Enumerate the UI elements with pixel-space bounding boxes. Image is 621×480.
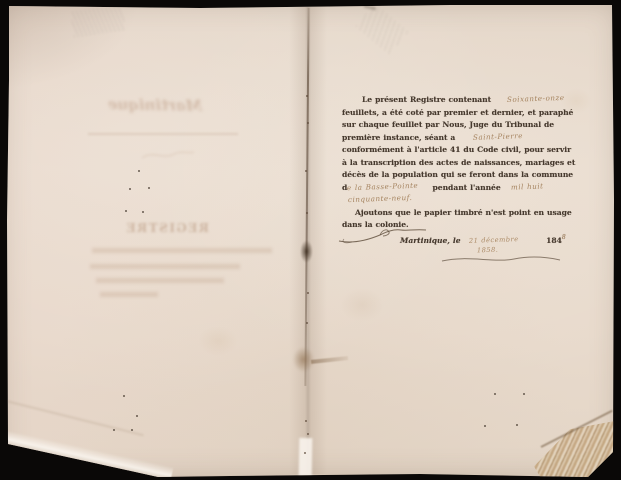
handwritten-entry-year-words-2: cinquante-neuf. (348, 192, 413, 207)
certificate-line: feuillets, a été coté par premier et der… (342, 107, 568, 120)
ink-speck (138, 170, 140, 172)
printed-text: à la transcription des actes de naissanc… (342, 158, 575, 167)
ink-speck (136, 415, 138, 417)
binding-ink-blot (300, 240, 313, 263)
ink-speck (142, 211, 144, 213)
bleedthrough-heading: REGISTRE (116, 221, 218, 235)
scanned-registry-spread: Martinique REGISTRE (0, 0, 621, 480)
ink-speck (123, 395, 125, 397)
ink-speck (484, 425, 486, 427)
certificate-line: Le présent Registre contenantSoixante-on… (342, 94, 568, 107)
bleedthrough-textline (90, 264, 240, 269)
certificate-line: première instance, séant aSaint-Pierre (342, 132, 568, 145)
certificate-line: conformément à l'article 41 du Code civi… (342, 144, 568, 157)
paper-stain (340, 288, 384, 322)
certificate-line: sur chaque feuillet par Nous, Juge du Tr… (342, 119, 568, 132)
handwritten-entry-tribunal-seat: Saint-Pierre (473, 130, 523, 144)
handwritten-year-digit: 8 (562, 234, 566, 241)
bleedthrough-rule (88, 133, 238, 135)
ink-speck (113, 429, 115, 431)
printed-text: pendant l'année (433, 183, 501, 192)
printed-year-prefix: 184 (546, 236, 562, 245)
printed-text: Le présent Registre contenant (362, 95, 491, 104)
handwritten-entry-folio-count: Soixante-onze (507, 92, 565, 107)
certificate-line: cinquante-neuf. (342, 194, 568, 207)
handwritten-entry-year-words: mil huit (510, 180, 543, 194)
printed-text: première instance, séant a (342, 133, 455, 142)
bleedthrough-flourish (138, 146, 198, 164)
pencil-smudge (356, 3, 409, 54)
ink-speck (523, 393, 525, 395)
binding-bottom-gap (299, 438, 313, 476)
ink-speck (125, 210, 127, 212)
bleedthrough-textline (92, 248, 272, 253)
paper-spread: Martinique REGISTRE (0, 0, 621, 480)
ink-speck (131, 429, 133, 431)
printed-text: Ajoutons que le papier timbré n'est poin… (355, 208, 572, 217)
printed-text: sur chaque feuillet par Nous, Juge du Tr… (342, 120, 554, 129)
signature-flourish (336, 224, 432, 246)
ink-speck (494, 393, 496, 395)
ink-speck (129, 188, 131, 190)
certificate-line: Ajoutons que le papier timbré n'est poin… (342, 207, 568, 220)
printed-text: conformément à l'article 41 du Code civi… (342, 145, 571, 154)
printed-text: décès de la population qui se feront dan… (342, 170, 573, 179)
certificate-line: à la transcription des actes de naissanc… (342, 157, 568, 170)
underline-flourish (438, 252, 564, 266)
bleedthrough-textline (96, 278, 224, 283)
ink-speck (148, 187, 150, 189)
paper-stain (198, 326, 238, 356)
bleedthrough-textline (100, 292, 158, 297)
bleedthrough-title: Martinique (103, 95, 207, 115)
printed-text: feuillets, a été coté par premier et der… (342, 108, 573, 117)
ink-speck (516, 424, 518, 426)
